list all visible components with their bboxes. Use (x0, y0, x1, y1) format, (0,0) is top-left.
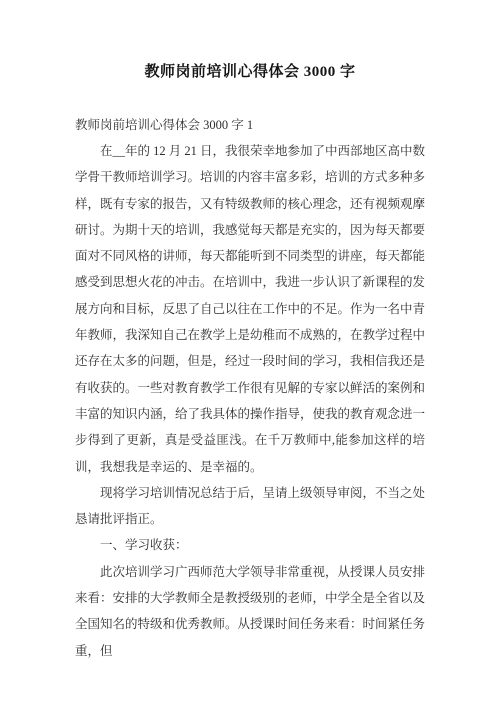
paragraph: 一、学习收获： (75, 532, 425, 558)
document-title: 教师岗前培训心得体会 3000 字 (0, 0, 500, 84)
document-page: 教师岗前培训心得体会 3000 字 教师岗前培训心得体会 3000 字 1 在_… (0, 0, 500, 707)
paragraph: 在__年的 12 月 21 日，我很荣幸地参加了中西部地区高中数学骨干教师培训学… (75, 138, 425, 480)
paragraph: 此次培训学习广西师范大学领导非常重视，从授课人员安排来看：安排的大学教师全是教授… (75, 559, 425, 664)
paragraph: 现将学习培训情况总结于后，呈请上级领导审阅，不当之处恳请批评指正。 (75, 480, 425, 533)
document-subtitle: 教师岗前培训心得体会 3000 字 1 (75, 112, 425, 138)
document-body: 在__年的 12 月 21 日，我很荣幸地参加了中西部地区高中数学骨干教师培训学… (75, 138, 425, 664)
